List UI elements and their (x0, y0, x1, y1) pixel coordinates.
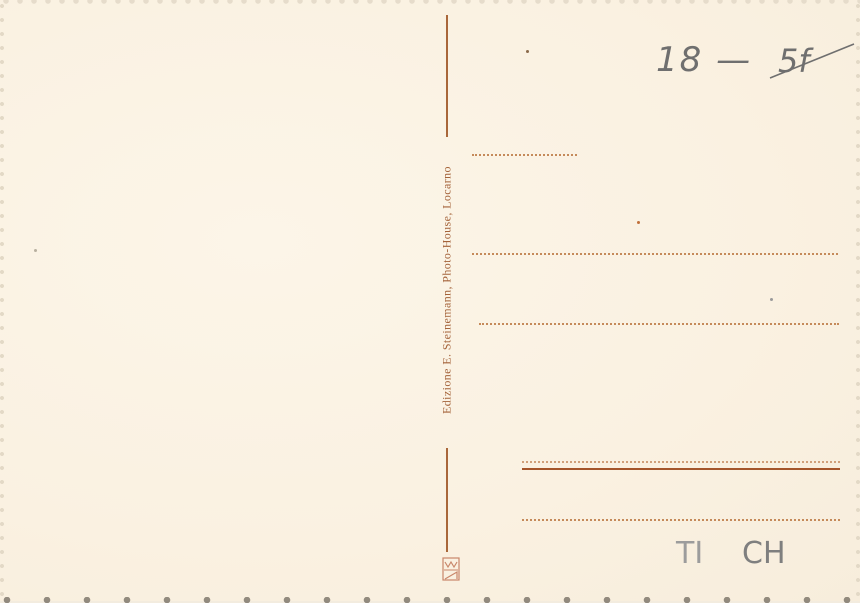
deckle-edge-right (856, 0, 860, 601)
address-line-5 (522, 519, 840, 521)
address-line-2 (472, 253, 838, 255)
handwritten-country: CH (742, 536, 786, 571)
postcard-back: Edizione E. Steinemann, Photo-House, Loc… (0, 0, 860, 601)
publisher-imprint: Edizione E. Steinemann, Photo-House, Loc… (440, 166, 455, 414)
address-line-3 (479, 323, 839, 325)
address-line-1 (472, 154, 577, 156)
paper-speck (34, 249, 37, 252)
center-divider-bottom (446, 448, 448, 552)
handwritten-code: 18 — (656, 40, 752, 80)
paper-speck (770, 298, 773, 301)
paper-speck (637, 221, 640, 224)
publisher-logo-icon (442, 557, 460, 581)
handwritten-region: TI (676, 536, 703, 571)
deckle-edge-top (0, 0, 860, 4)
deckle-edge-bottom (0, 597, 860, 601)
address-line-4 (522, 461, 840, 463)
address-underline (522, 468, 840, 470)
paper-speck (526, 50, 529, 53)
pencil-strike-line (768, 40, 858, 80)
center-divider-top (446, 15, 448, 137)
deckle-edge-left (0, 0, 4, 601)
